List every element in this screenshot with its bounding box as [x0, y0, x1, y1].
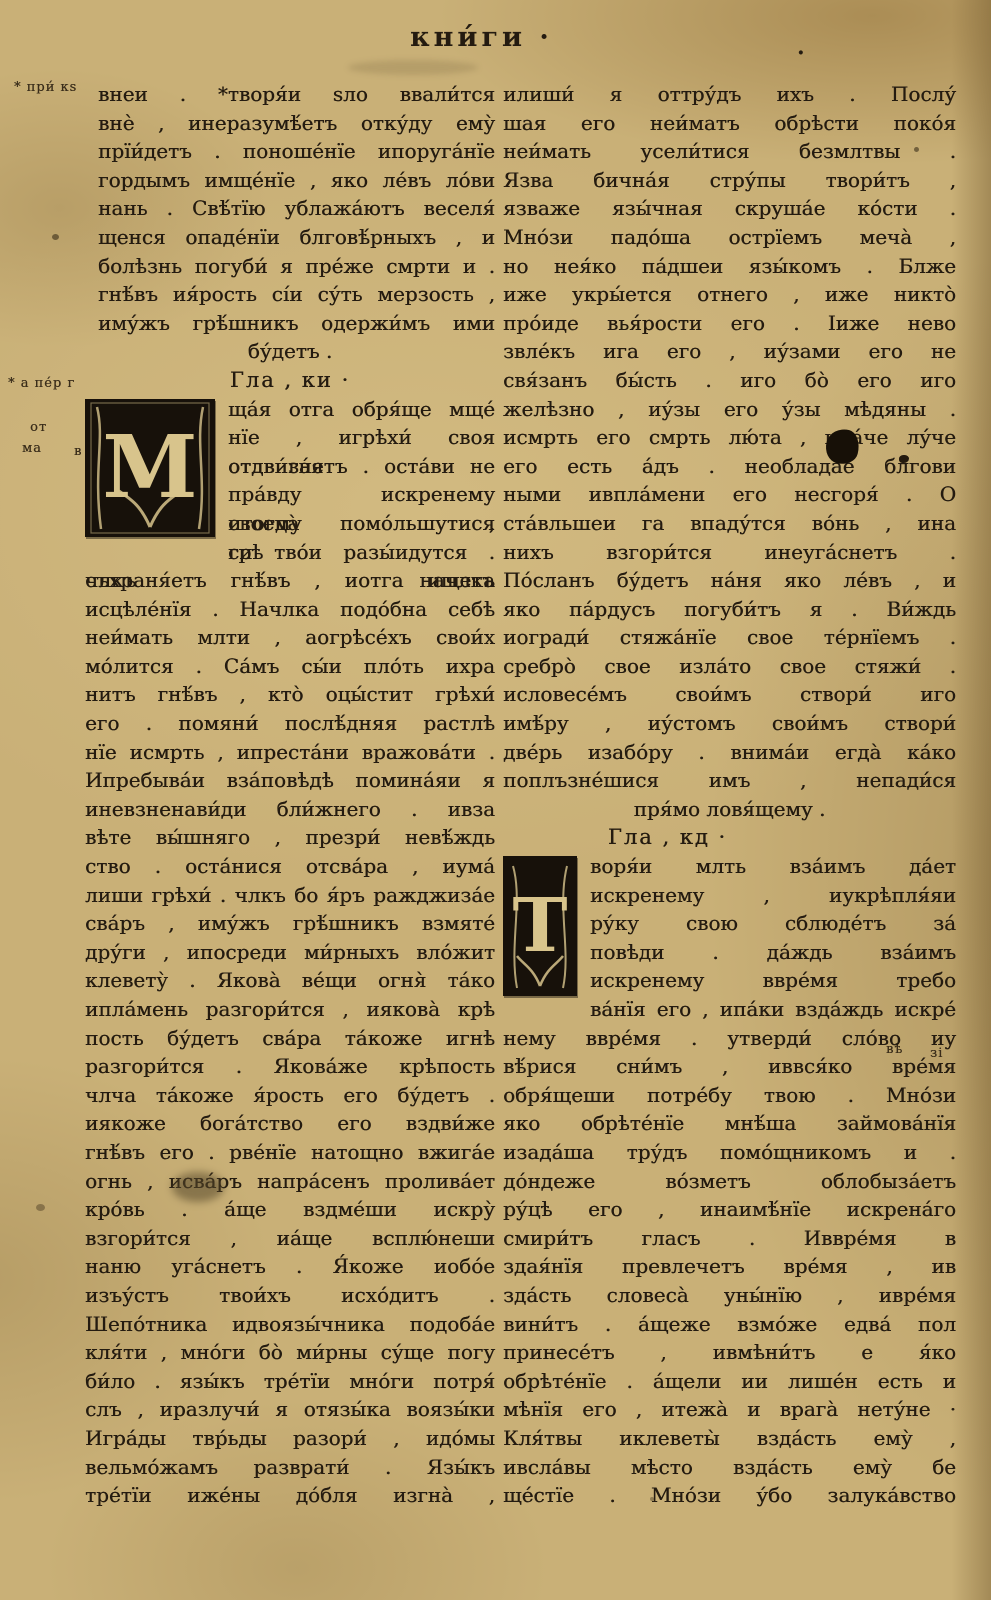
text-line: до́ндеже во́зметъ облобыза́етъ — [503, 1167, 956, 1196]
margin-note-left-5: в — [74, 444, 82, 459]
left-intro-block: внеи . *творя́и ѕло ввали́тсявнѐ , инера… — [98, 80, 495, 337]
text-line: Ипребыва́и вза́повѣдѣ помина́яи я — [85, 766, 495, 795]
text-line: его . помяни́ послѣ́дняя растлѣ — [85, 709, 495, 738]
left-body-block: М ща́я отга обря́ще мще́нїе , игрѣхи́ св… — [85, 395, 495, 1510]
text-line: две́рь изабо́ру . внима́и егда̀ ка́ко — [503, 738, 956, 767]
text-line: иму́жъ грѣ́шникъ одержи́мъ ими — [98, 309, 495, 338]
text-line: сва́ръ , иму́жъ грѣ́шникъ взмяте́ — [85, 909, 495, 938]
text-line: гнѣ́въ ия́рость сі́и су́ть мерзость , — [98, 280, 495, 309]
text-line: внѐ , инеразумѣ́етъ отку́ду ему̀ — [98, 109, 495, 138]
text-line: огнь , исва́ръ напра́сенъ пролива́ет — [85, 1167, 495, 1196]
text-line: кля́ти , мно́ги бо̀ ми́рны су́ще погу — [85, 1338, 495, 1367]
text-line: здая́нїя превлечетъ вре́мя , ив — [503, 1252, 956, 1281]
text-line: желѣзно , иу́зы его у́зы мѣдяны . — [503, 395, 956, 424]
text-line: ипла́мень разгори́тся , иякова̀ крѣ — [85, 995, 495, 1024]
text-line: клевету̀ . Якова̀ ве́щи огня̀ та́ко — [85, 966, 495, 995]
woodcut-initial-t: Т — [503, 856, 577, 996]
book-page: кни́ги · · * при́ кѕ * а пе́р г от ма в … — [0, 0, 991, 1600]
text-line: прїи́детъ . поноше́нїе ипоруга́нїе — [98, 137, 495, 166]
text-line: свя́занъ бы́сть . иго бо̀ его иго — [503, 366, 956, 395]
left-intro-center-line: бу́детъ . — [85, 337, 495, 366]
text-line: Мно́зи падо́ша острїемъ меча̀ , — [503, 223, 956, 252]
text-line: изада́ша тру́дъ помо́щникомъ и . — [503, 1138, 956, 1167]
margin-note-left-2: * а пе́р г — [8, 376, 75, 391]
text-line: болѣзнь погуби́ я пре́же смрти и . — [98, 252, 495, 281]
text-line: исмрть его смрть лю́та , ипа́че лу́че — [503, 423, 956, 452]
text-line: Язва бична́я стру́пы твори́тъ , — [503, 166, 956, 195]
right-center-line: пря́мо ловя́щему . — [503, 795, 956, 824]
margin-note-left-4: ма — [22, 441, 42, 456]
text-line: вини́тъ . а́щеже взмо́же едва́ пол — [503, 1310, 956, 1339]
text-line: исловесе́мъ свои́мъ створи́ иго — [503, 680, 956, 709]
text-line: Кля́твы иклеветы̀ взда́сть ему̀ , — [503, 1424, 956, 1453]
text-line: исцѣле́нїя . Начлка подо́бна себѣ — [85, 595, 495, 624]
text-line: нїе исмрть , ипреста́ни вражова́ти . — [85, 738, 495, 767]
text-line: кро́вь . а́ще вздме́ши искру̀ — [85, 1195, 495, 1224]
text-line: По́сланъ бу́детъ на́ня яко ле́въ , и — [503, 566, 956, 595]
text-line: нитъ гнѣ́въ , кто̀ оцы́стит грѣхи́ — [85, 680, 495, 709]
text-line: иневзненави́ди бли́жнего . ивза — [85, 795, 495, 824]
text-line: Игра́ды твр́ьды разори́ , идо́мы — [85, 1424, 495, 1453]
text-line: нихъ взгори́тся инеуга́снетъ . — [503, 538, 956, 567]
chapter-heading-right: Гла , кд · — [441, 823, 894, 852]
text-line: наню уга́снетъ . Я́коже иобо́е — [85, 1252, 495, 1281]
text-line: ство . оста́нися отсва́ра , иума́ — [85, 852, 495, 881]
paper-speck — [52, 234, 59, 240]
text-line: вельмо́жамъ разврати́ . Язы́къ — [85, 1453, 495, 1482]
text-line: Шепо́тника идвоязы́чника подоба́е — [85, 1310, 495, 1339]
right-column: илиши́ я оттру́дъ ихъ . Послу́шая его не… — [503, 80, 956, 1510]
text-line: изъу́стъ твои́хъ исхо́дитъ . — [85, 1281, 495, 1310]
ink-smudge — [172, 1172, 224, 1202]
text-line: его есть а́дъ . необлада́е блгови — [503, 452, 956, 481]
stray-dot: · — [797, 40, 805, 66]
text-line: поплъзне́шися имъ , непади́ся — [503, 766, 956, 795]
initial-letter-m: М — [85, 399, 215, 537]
text-line: ста́вльшеи га впаду́тся во́нь , ина — [503, 509, 956, 538]
text-line: мо́лится . Са́мъ сы́и пло́ть ихра — [85, 652, 495, 681]
text-line: язваже язы́чная скруша́е ко́сти . — [503, 194, 956, 223]
text-line: обрѣте́нїе . а́щели ии лише́н есть и — [503, 1367, 956, 1396]
text-line: разгори́тся . Якова́же крѣпость — [85, 1052, 495, 1081]
text-line: неи́мать усели́тися безмлтвы . — [503, 137, 956, 166]
text-line: внеи . *творя́и ѕло ввали́тся — [98, 80, 495, 109]
text-line: ще́стїе . Мно́зи у́бо залука́вство — [503, 1481, 956, 1510]
text-line: ва́нїя его , ипа́ки взда́ждь искре́ — [503, 995, 956, 1024]
right-body-block-b: Т воря́и млть вза́имъ да́етискренему , и… — [503, 852, 956, 1510]
chapter-heading-left: Гла , ки · — [85, 366, 495, 395]
text-line: би́ло . язы́къ тре́тїи мно́ги потря́ — [85, 1367, 495, 1396]
text-line: яко па́рдусъ погуби́тъ я . Ви́ждь — [503, 595, 956, 624]
text-line: си тво́и разы́идутся . члкъ начлка — [85, 538, 495, 567]
text-line: лиши грѣхи́ . члкъ бо я́ръ ражджиза́е — [85, 881, 495, 910]
margin-note-left-1: * при́ кѕ — [14, 80, 77, 95]
text-line: ру́цѣ его , инаимѣ́нїе искрена́го — [503, 1195, 956, 1224]
text-line: вѣ́рися сни́мъ , иввся́ко вре́мя — [503, 1052, 956, 1081]
text-line: вѣте вы́шняго , презри́ невѣ́ждь — [85, 823, 495, 852]
paper-speck — [650, 1497, 654, 1501]
left-column: внеи . *творя́и ѕло ввали́тсявнѐ , инера… — [85, 80, 495, 1510]
text-line: ными ивпла́мени его несгоря́ . О — [503, 480, 956, 509]
text-line: иогради́ стяжа́нїе свое те́рнїемъ . — [503, 623, 956, 652]
paper-speck — [914, 147, 919, 152]
text-line: щенся опаде́нїи блговѣ́рныхъ , и — [98, 223, 495, 252]
text-line: тре́тїи иже́ны до́бля изгна̀ , — [85, 1481, 495, 1510]
text-line: смири́тъ гласъ . Иввре́мя в — [503, 1224, 956, 1253]
bleed-through-mark — [348, 60, 478, 75]
left-body-lines: ща́я отга обря́ще мще́нїе , игрѣхи́ своя… — [85, 395, 495, 1510]
right-body-block-a: илиши́ я оттру́дъ ихъ . Послу́шая его не… — [503, 80, 956, 795]
woodcut-initial-m: М — [85, 399, 215, 537]
text-line: иже укры́ется отнего , иже никто̀ — [503, 280, 956, 309]
text-line: съхраня́етъ гнѣ́въ , иотга ищетъ — [85, 566, 495, 595]
text-line: иякоже бога́тство его вздви́же — [85, 1109, 495, 1138]
text-line: принесе́тъ , ивмѣни́тъ е я́ко — [503, 1338, 956, 1367]
text-line: звле́къ ига его , иу́зами его не — [503, 337, 956, 366]
text-line: имѣ́ру , иу́стомъ свои́мъ створи́ — [503, 709, 956, 738]
text-line: гордымъ имще́нїе , яко ле́въ ло́ви — [98, 166, 495, 195]
text-line: дру́ги , ипосреди ми́рныхъ вло́жит — [85, 938, 495, 967]
text-line: сребро̀ свое изла́то свое стяжи́ . — [503, 652, 956, 681]
text-line: илиши́ я оттру́дъ ихъ . Послу́ — [503, 80, 956, 109]
text-line: члча та́коже я́рость его бу́детъ . — [85, 1081, 495, 1110]
text-line: мѣнїя его , итежа̀ и врага̀ нету́не · — [503, 1395, 956, 1424]
text-line: нему ввре́мя . утверди́ сло́во иу — [503, 1024, 956, 1053]
text-line: ивсла́вы мѣсто взда́сть ему̀ бе — [503, 1453, 956, 1482]
text-line: пость бу́детъ сва́ра та́коже игнѣ — [85, 1024, 495, 1053]
text-line: обря́щеши потре́бу твою . Мно́зи — [503, 1081, 956, 1110]
text-line: нань . Свѣ́тїю ублажа́ютъ веселя́ — [98, 194, 495, 223]
paper-speck — [36, 1204, 45, 1211]
text-line: зда́сть словеса̀ уны́нїю , ивре́мя — [503, 1281, 956, 1310]
text-line: про́иде вья́рости его . Іиже нево — [503, 309, 956, 338]
text-line: шая его неи́матъ обрѣсти поко́я — [503, 109, 956, 138]
initial-letter-t: Т — [503, 856, 577, 996]
running-title: кни́ги · — [0, 22, 977, 53]
text-line: слъ , иразлучи́ я отязы́ка воязы́ки — [85, 1395, 495, 1424]
text-line: но нея́ко па́дшеи язы́комъ . Блже — [503, 252, 956, 281]
margin-note-left-3: от — [30, 420, 47, 435]
text-line: яко обрѣте́нїе мнѣ́ша займова́нїя — [503, 1109, 956, 1138]
text-line: неи́мать млти , аогрѣсе́хъ свои́х — [85, 623, 495, 652]
text-line: взгори́тся , иа́ще всплю́неши — [85, 1224, 495, 1253]
text-line: гнѣ́въ его . рве́нїе натощно вжига́е — [85, 1138, 495, 1167]
